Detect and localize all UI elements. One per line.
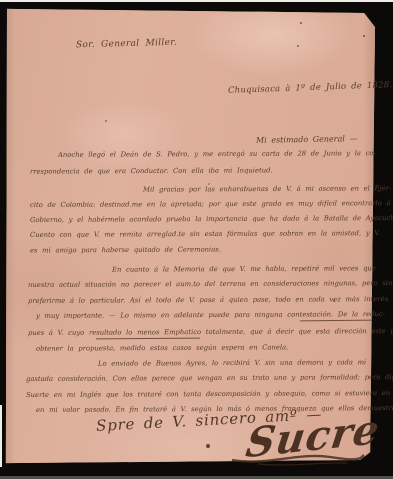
scan-border-top xyxy=(0,0,393,2)
scanned-letter: Sor. General Miller. Chuquisaca à 1º de … xyxy=(0,0,393,479)
manuscript-line: rrespondencia de que era Conductor. Con … xyxy=(30,167,273,175)
scan-border-left xyxy=(0,405,2,467)
manuscript-line: Lo enviado de Buenos Ayres, lo recibirá … xyxy=(98,359,366,367)
manuscript-line: En cuanto á la Memoria de que V. me habl… xyxy=(112,265,376,273)
salutation: Mi estimado General — xyxy=(256,135,358,145)
manuscript-line: es mi amigo para haberse quitado de Cere… xyxy=(30,247,221,255)
manuscript-line: y muy importante. — Lo mismo en adelante… xyxy=(36,311,385,320)
manuscript-line: Cuento con que V. me remita arreglad.te … xyxy=(30,230,380,239)
manuscript-line: cito de Colombia: destinad.me en la apre… xyxy=(30,200,393,209)
dateline: Chuquisaca à 1º de Julio de 1828. xyxy=(228,81,393,95)
manuscript-line: pues á V. cuyo resultado lo menos Emphat… xyxy=(28,328,393,337)
ink-underline xyxy=(300,320,372,322)
manuscript-line: Mil gracias por las enhorabuenas de V. á… xyxy=(143,185,391,193)
manuscript-line: nuestra actual situación no parecer el a… xyxy=(28,280,392,289)
manuscript-line: Suerte en mi Inglés que los trataré con … xyxy=(26,390,393,399)
ink-underline xyxy=(96,338,200,340)
manuscript-line: Anoche llegó el Deán de S. Pedro, y me e… xyxy=(58,150,376,158)
manuscript-line: preferirme á lo particular. Así el todo … xyxy=(28,296,388,305)
addressee-line: Sor. General Miller. xyxy=(76,39,177,51)
manuscript-line: Gobierno, y el habérmelo acordado prueba… xyxy=(30,215,393,224)
manuscript-ink: Sor. General Miller. Chuquisaca à 1º de … xyxy=(0,0,393,479)
signature-flourish xyxy=(228,448,368,468)
manuscript-line: obtener la propuesta, medido estos casos… xyxy=(36,344,288,352)
manuscript-line: gastada consideración. Con ellos parece … xyxy=(26,374,393,383)
